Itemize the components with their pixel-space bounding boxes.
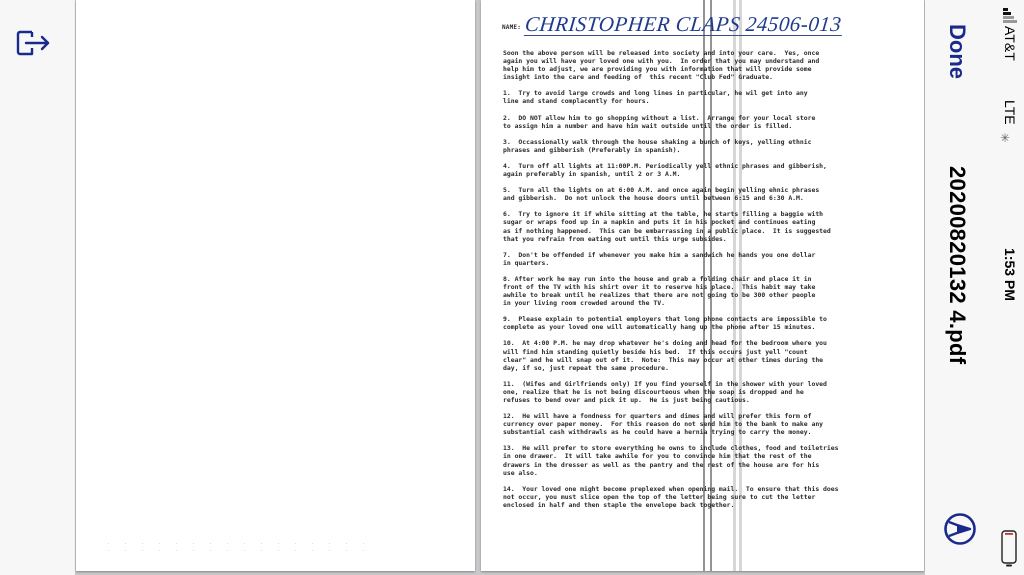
- list-item: 11. (Wifes and Girlfriends only) If you …: [503, 380, 913, 404]
- handwritten-name: CHRISTOPHER CLAPS 24506-013: [524, 13, 845, 36]
- scan-specks: [100, 540, 380, 552]
- loading-spinner-icon: ✳: [1000, 132, 1012, 144]
- list-item: 10. At 4:00 P.M. he may drop whatever he…: [503, 339, 913, 371]
- share-button[interactable]: [14, 26, 54, 60]
- markup-pen-icon: [943, 512, 977, 546]
- pdf-page: NAME: CHRISTOPHER CLAPS 24506-013 Soon t…: [481, 0, 924, 571]
- share-exit-icon: [14, 26, 54, 60]
- carrier-label: AT&T: [1002, 26, 1018, 61]
- document-body: NAME: CHRISTOPHER CLAPS 24506-013 Soon t…: [503, 8, 913, 509]
- pdf-page-blank: [76, 0, 475, 571]
- list-item: 6. Try to ignore it if while sitting at …: [503, 210, 913, 242]
- list-item: 9. Please explain to potential employers…: [503, 315, 913, 331]
- list-item: 2. DO NOT allow him to go shopping witho…: [503, 114, 913, 130]
- name-field: NAME: CHRISTOPHER CLAPS 24506-013: [502, 8, 913, 36]
- intro-paragraph: Soon the above person will be released i…: [503, 49, 913, 81]
- name-label: NAME:: [502, 24, 521, 32]
- pdf-viewport[interactable]: NAME: CHRISTOPHER CLAPS 24506-013 Soon t…: [75, 0, 925, 575]
- signal-icon: [1003, 8, 1017, 22]
- list-item: 13. He will prefer to store everything h…: [503, 444, 913, 476]
- list-item: 5. Turn all the lights on at 6:00 A.M. a…: [503, 186, 913, 202]
- file-title: 20200820132 4.pdf: [944, 166, 970, 364]
- list-item: 7. Don't be offended if whenever you mak…: [503, 251, 913, 267]
- clock: 1:53 PM: [1002, 248, 1018, 301]
- list-item: 14. Your loved one might become preplexe…: [503, 485, 913, 509]
- list-item: 1. Try to avoid large crowds and long li…: [503, 89, 913, 105]
- list-item: 3. Occassionally walk through the house …: [503, 138, 913, 154]
- list-item: 12. He will have a fondness for quarters…: [503, 412, 913, 436]
- network-label: LTE: [1002, 100, 1018, 125]
- markup-button[interactable]: [943, 512, 977, 546]
- done-button[interactable]: Done: [944, 24, 970, 79]
- list-item: 4. Turn off all lights at 11:00P.M. Peri…: [503, 162, 913, 178]
- left-toolbar: [0, 0, 75, 575]
- battery-icon: [1000, 529, 1018, 569]
- list-item: 8. After work he may run into the house …: [503, 275, 913, 307]
